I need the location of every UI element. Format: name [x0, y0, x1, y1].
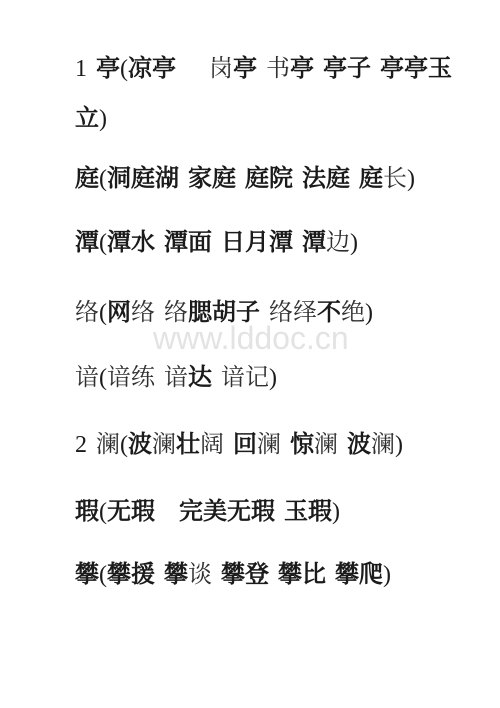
- text-segment: 凉亭: [128, 56, 176, 82]
- text-segment: 谈: [188, 562, 212, 588]
- text-segment: 阔: [200, 432, 224, 458]
- text-segment: 亭: [96, 56, 120, 82]
- vocab-line-6: 谙(谙练 谙达 谙记): [75, 365, 277, 393]
- text-segment: (: [120, 432, 128, 458]
- text-segment: 立: [75, 106, 99, 132]
- text-segment: 澜: [314, 432, 338, 458]
- vocab-line-8: 瑕(无瑕 完美无瑕 玉瑕): [75, 499, 340, 527]
- text-segment: [155, 499, 179, 525]
- text-segment: 完美无瑕 玉瑕: [179, 499, 332, 525]
- text-segment: [338, 432, 347, 458]
- text-segment: (: [99, 562, 107, 588]
- vocab-line-2: 立): [75, 106, 107, 134]
- text-segment: ): [99, 106, 107, 132]
- text-segment: (: [99, 230, 107, 256]
- text-segment: 达: [188, 365, 212, 391]
- text-segment: 澜: [152, 432, 176, 458]
- text-segment: 2: [75, 432, 96, 458]
- text-segment: ): [332, 499, 340, 525]
- text-segment: ): [269, 365, 277, 391]
- text-segment: ): [395, 432, 403, 458]
- text-segment: 岗: [209, 56, 233, 82]
- text-segment: (: [99, 166, 107, 192]
- text-segment: 澜: [257, 432, 281, 458]
- text-segment: 谙练 谙: [107, 365, 188, 391]
- text-segment: 络: [75, 300, 99, 326]
- text-segment: 无瑕: [107, 499, 155, 525]
- vocab-line-9: 攀(攀援 攀谈 攀登 攀比 攀爬): [75, 562, 391, 590]
- text-segment: ): [365, 300, 373, 326]
- text-segment: 攀: [75, 562, 99, 588]
- text-segment: 网: [107, 300, 131, 326]
- text-segment: 书: [266, 56, 290, 82]
- text-segment: (: [120, 56, 128, 82]
- text-segment: 瑕: [75, 499, 99, 525]
- text-segment: ): [407, 166, 415, 192]
- vocab-line-7: 2 澜(波澜壮阔 回澜 惊澜 波澜): [75, 432, 403, 460]
- text-segment: [176, 56, 209, 82]
- text-segment: 洞庭湖 家庭 庭院 法庭 庭: [107, 166, 383, 192]
- text-segment: 潭: [75, 230, 99, 256]
- text-segment: 波: [347, 432, 371, 458]
- text-segment: 庭: [75, 166, 99, 192]
- text-segment: 长: [383, 166, 407, 192]
- text-segment: 澜: [96, 432, 120, 458]
- text-segment: 澜: [371, 432, 395, 458]
- text-segment: [224, 432, 233, 458]
- text-segment: (: [99, 365, 107, 391]
- text-segment: 攀登 攀比 攀爬: [212, 562, 383, 588]
- text-segment: [257, 56, 266, 82]
- text-segment: ): [350, 230, 358, 256]
- document-page: 1 亭(凉亭 岗亭 书亭 亭子 亭亭玉立)庭(洞庭湖 家庭 庭院 法庭 庭长)潭…: [0, 0, 500, 708]
- text-segment: [281, 432, 290, 458]
- text-segment: 谙记: [212, 365, 269, 391]
- text-segment: 亭 亭子 亭亭玉: [290, 56, 452, 82]
- text-segment: ): [383, 562, 391, 588]
- text-segment: 壮: [176, 432, 200, 458]
- text-segment: 亭: [233, 56, 257, 82]
- text-segment: 潭水 潭面 日月潭 潭: [107, 230, 326, 256]
- text-segment: 攀援 攀: [107, 562, 188, 588]
- vocab-line-1: 1 亭(凉亭 岗亭 书亭 亭子 亭亭玉: [75, 56, 452, 84]
- text-segment: 回: [233, 432, 257, 458]
- text-segment: 边: [326, 230, 350, 256]
- watermark-text: www.lddoc.cn: [153, 320, 349, 357]
- text-segment: 谙: [75, 365, 99, 391]
- text-segment: 1: [75, 56, 96, 82]
- text-segment: (: [99, 499, 107, 525]
- vocab-line-3: 庭(洞庭湖 家庭 庭院 法庭 庭长): [75, 166, 415, 194]
- text-segment: 波: [128, 432, 152, 458]
- vocab-line-4: 潭(潭水 潭面 日月潭 潭边): [75, 230, 358, 258]
- text-segment: (: [99, 300, 107, 326]
- text-segment: 惊: [290, 432, 314, 458]
